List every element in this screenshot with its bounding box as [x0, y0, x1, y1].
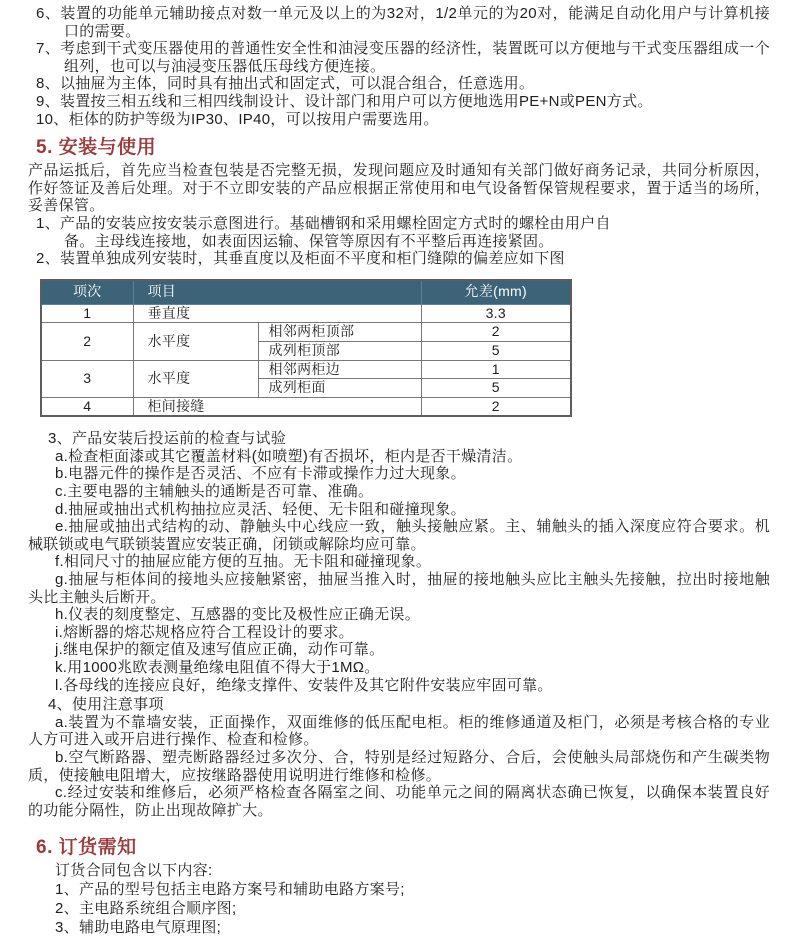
table-cell: 成列柜顶部 — [258, 341, 421, 360]
table-row: 1 垂直度 3.3 — [41, 304, 571, 323]
table-cell: 1 — [421, 360, 571, 379]
table-cell: 2 — [41, 323, 133, 360]
install-item-2: 2、装置单独成列安装时，其垂直度以及柜面不平度和柜门缝隙的偏差应如下图 — [36, 250, 770, 268]
check-item-g: g.抽屉与柜体间的接地头应接触紧密，抽屉当推入时，抽屉的接地触头应比主触头先接触… — [28, 571, 770, 606]
feature-list: 6、装置的功能单元辅助接点对数一单元及以上的为32对，1/2单元的为20对，能满… — [36, 5, 770, 128]
check-item-a: a.检查柜面漆或其它覆盖材料(如喷塑)有否损坏，柜内是否干燥清洁。 — [28, 448, 770, 466]
table-cell: 柜间接缝 — [133, 397, 421, 416]
feature-list-item-7: 7、考虑到干式变压器使用的普通性安全性和油浸变压器的经济性，装置既可以方便地与干… — [36, 40, 770, 75]
column-header-item: 项目 — [133, 280, 421, 305]
table-row: 2 水平度 相邻两柜顶部 2 — [41, 323, 571, 342]
install-item-1-line-2: 备。主母线连接地，如表面因运输、保管等原因有不平整后再连接紧固。 — [64, 233, 770, 251]
section-6-heading: 6. 订货需知 — [36, 837, 770, 858]
install-item-1-line-1: 1、产品的安装应按安装示意图进行。基础槽钢和采用螺栓固定方式时的螺栓由用户自 — [36, 215, 770, 233]
check-item-h: h.仪表的刻度整定、互感器的变比及极性应正确无误。 — [28, 606, 770, 624]
table-header-row: 项次 项目 允差(mm) — [41, 280, 571, 305]
table-row: 4 柜间接缝 2 — [41, 397, 571, 416]
check-item-b: b.电器元件的操作是否灵活、不应有卡滞或操作力过大现象。 — [28, 465, 770, 483]
table-cell: 4 — [41, 397, 133, 416]
order-item-2: 2、主电路系统组合顺序图; — [55, 900, 770, 919]
usage-item-a: a.装置为不靠墙安装，正面操作，双面维修的低压配电柜。柜的维修通道及柜门，必须是… — [28, 714, 770, 749]
table-cell: 水平度 — [133, 323, 258, 360]
check-item-d: d.抽屉或抽出式机构抽拉应灵活、轻便、无卡阻和碰撞现象。 — [28, 501, 770, 519]
column-header-index: 项次 — [41, 280, 133, 305]
feature-list-item-9: 9、装置按三相五线和三相四线制设计、设计部门和用户可以方便地选用PE+N或PEN… — [36, 93, 770, 111]
table-cell: 相邻两柜边 — [258, 360, 421, 379]
feature-list-item-8: 8、以抽屉为主体，同时具有抽出式和固定式，可以混合组合，任意选用。 — [36, 75, 770, 93]
table-cell: 相邻两柜顶部 — [258, 323, 421, 342]
usage-item-c: c.经过安装和维修后，必须严格检查各隔室之间、功能单元之间的隔离状态确已恢复，以… — [28, 784, 770, 819]
table-cell: 水平度 — [133, 360, 258, 397]
table-cell: 1 — [41, 304, 133, 323]
tolerance-table: 项次 项目 允差(mm) 1 垂直度 3.3 2 水平度 相邻两柜顶部 2 — [40, 279, 572, 418]
order-info-block: 订货合同包含以下内容: 1、产品的型号包括主电路方案号和辅助电路方案号; 2、主… — [28, 862, 770, 937]
section-5-intro: 产品运抵后，首先应当检查包装是否完整无损，发现问题应及时通知有关部门做好商务记录… — [28, 162, 770, 215]
checks-title: 3、产品安装后投运前的检查与试验 — [48, 430, 770, 448]
table-cell: 成列柜面 — [258, 379, 421, 398]
section-5-heading: 5. 安装与使用 — [36, 137, 770, 158]
check-item-c: c.主要电器的主辅触头的通断是否可靠、准确。 — [28, 483, 770, 501]
table-cell: 垂直度 — [133, 304, 421, 323]
check-item-j: j.继电保护的额定值及速写值应正确，动作可靠。 — [28, 641, 770, 659]
order-item-3: 3、辅助电路电气原理图; — [55, 919, 770, 938]
feature-list-item-6: 6、装置的功能单元辅助接点对数一单元及以上的为32对，1/2单元的为20对，能满… — [36, 5, 770, 40]
table-cell: 5 — [421, 341, 571, 360]
order-intro: 订货合同包含以下内容: — [55, 862, 770, 881]
table-cell: 2 — [421, 397, 571, 416]
table-cell: 5 — [421, 379, 571, 398]
document-page: 6、装置的功能单元辅助接点对数一单元及以上的为32对，1/2单元的为20对，能满… — [0, 0, 800, 938]
table-cell: 3 — [41, 360, 133, 397]
table-row: 3 水平度 相邻两柜边 1 — [41, 360, 571, 379]
check-item-f: f.相同尺寸的抽屉应能方便的互抽。无卡阻和碰撞现象。 — [28, 553, 770, 571]
check-item-i: i.熔断器的熔芯规格应符合工程设计的要求。 — [28, 624, 770, 642]
order-item-1: 1、产品的型号包括主电路方案号和辅助电路方案号; — [55, 881, 770, 900]
tolerance-table-wrapper: 项次 项目 允差(mm) 1 垂直度 3.3 2 水平度 相邻两柜顶部 2 — [40, 279, 770, 418]
column-header-tolerance: 允差(mm) — [421, 280, 571, 305]
check-item-e: e.抽屉或抽出式结构的动、静触头中心线应一致，触头接触应紧。主、辅触头的插入深度… — [28, 518, 770, 553]
check-item-l: l.各母线的连接应良好，绝缘支撑件、安装件及其它附件安装应牢固可靠。 — [28, 677, 770, 695]
feature-list-item-10: 10、柜体的防护等级为IP30、IP40，可以按用户需要选用。 — [36, 111, 770, 129]
check-item-k: k.用1000兆欧表测量绝缘电阻值不得大于1MΩ。 — [28, 659, 770, 677]
table-cell: 3.3 — [421, 304, 571, 323]
usage-title: 4、使用注意事项 — [48, 696, 770, 714]
table-cell: 2 — [421, 323, 571, 342]
usage-item-b: b.空气断路器、塑壳断路器经过多次分、合，特别是经过短路分、合后，会使触头局部烧… — [28, 749, 770, 784]
